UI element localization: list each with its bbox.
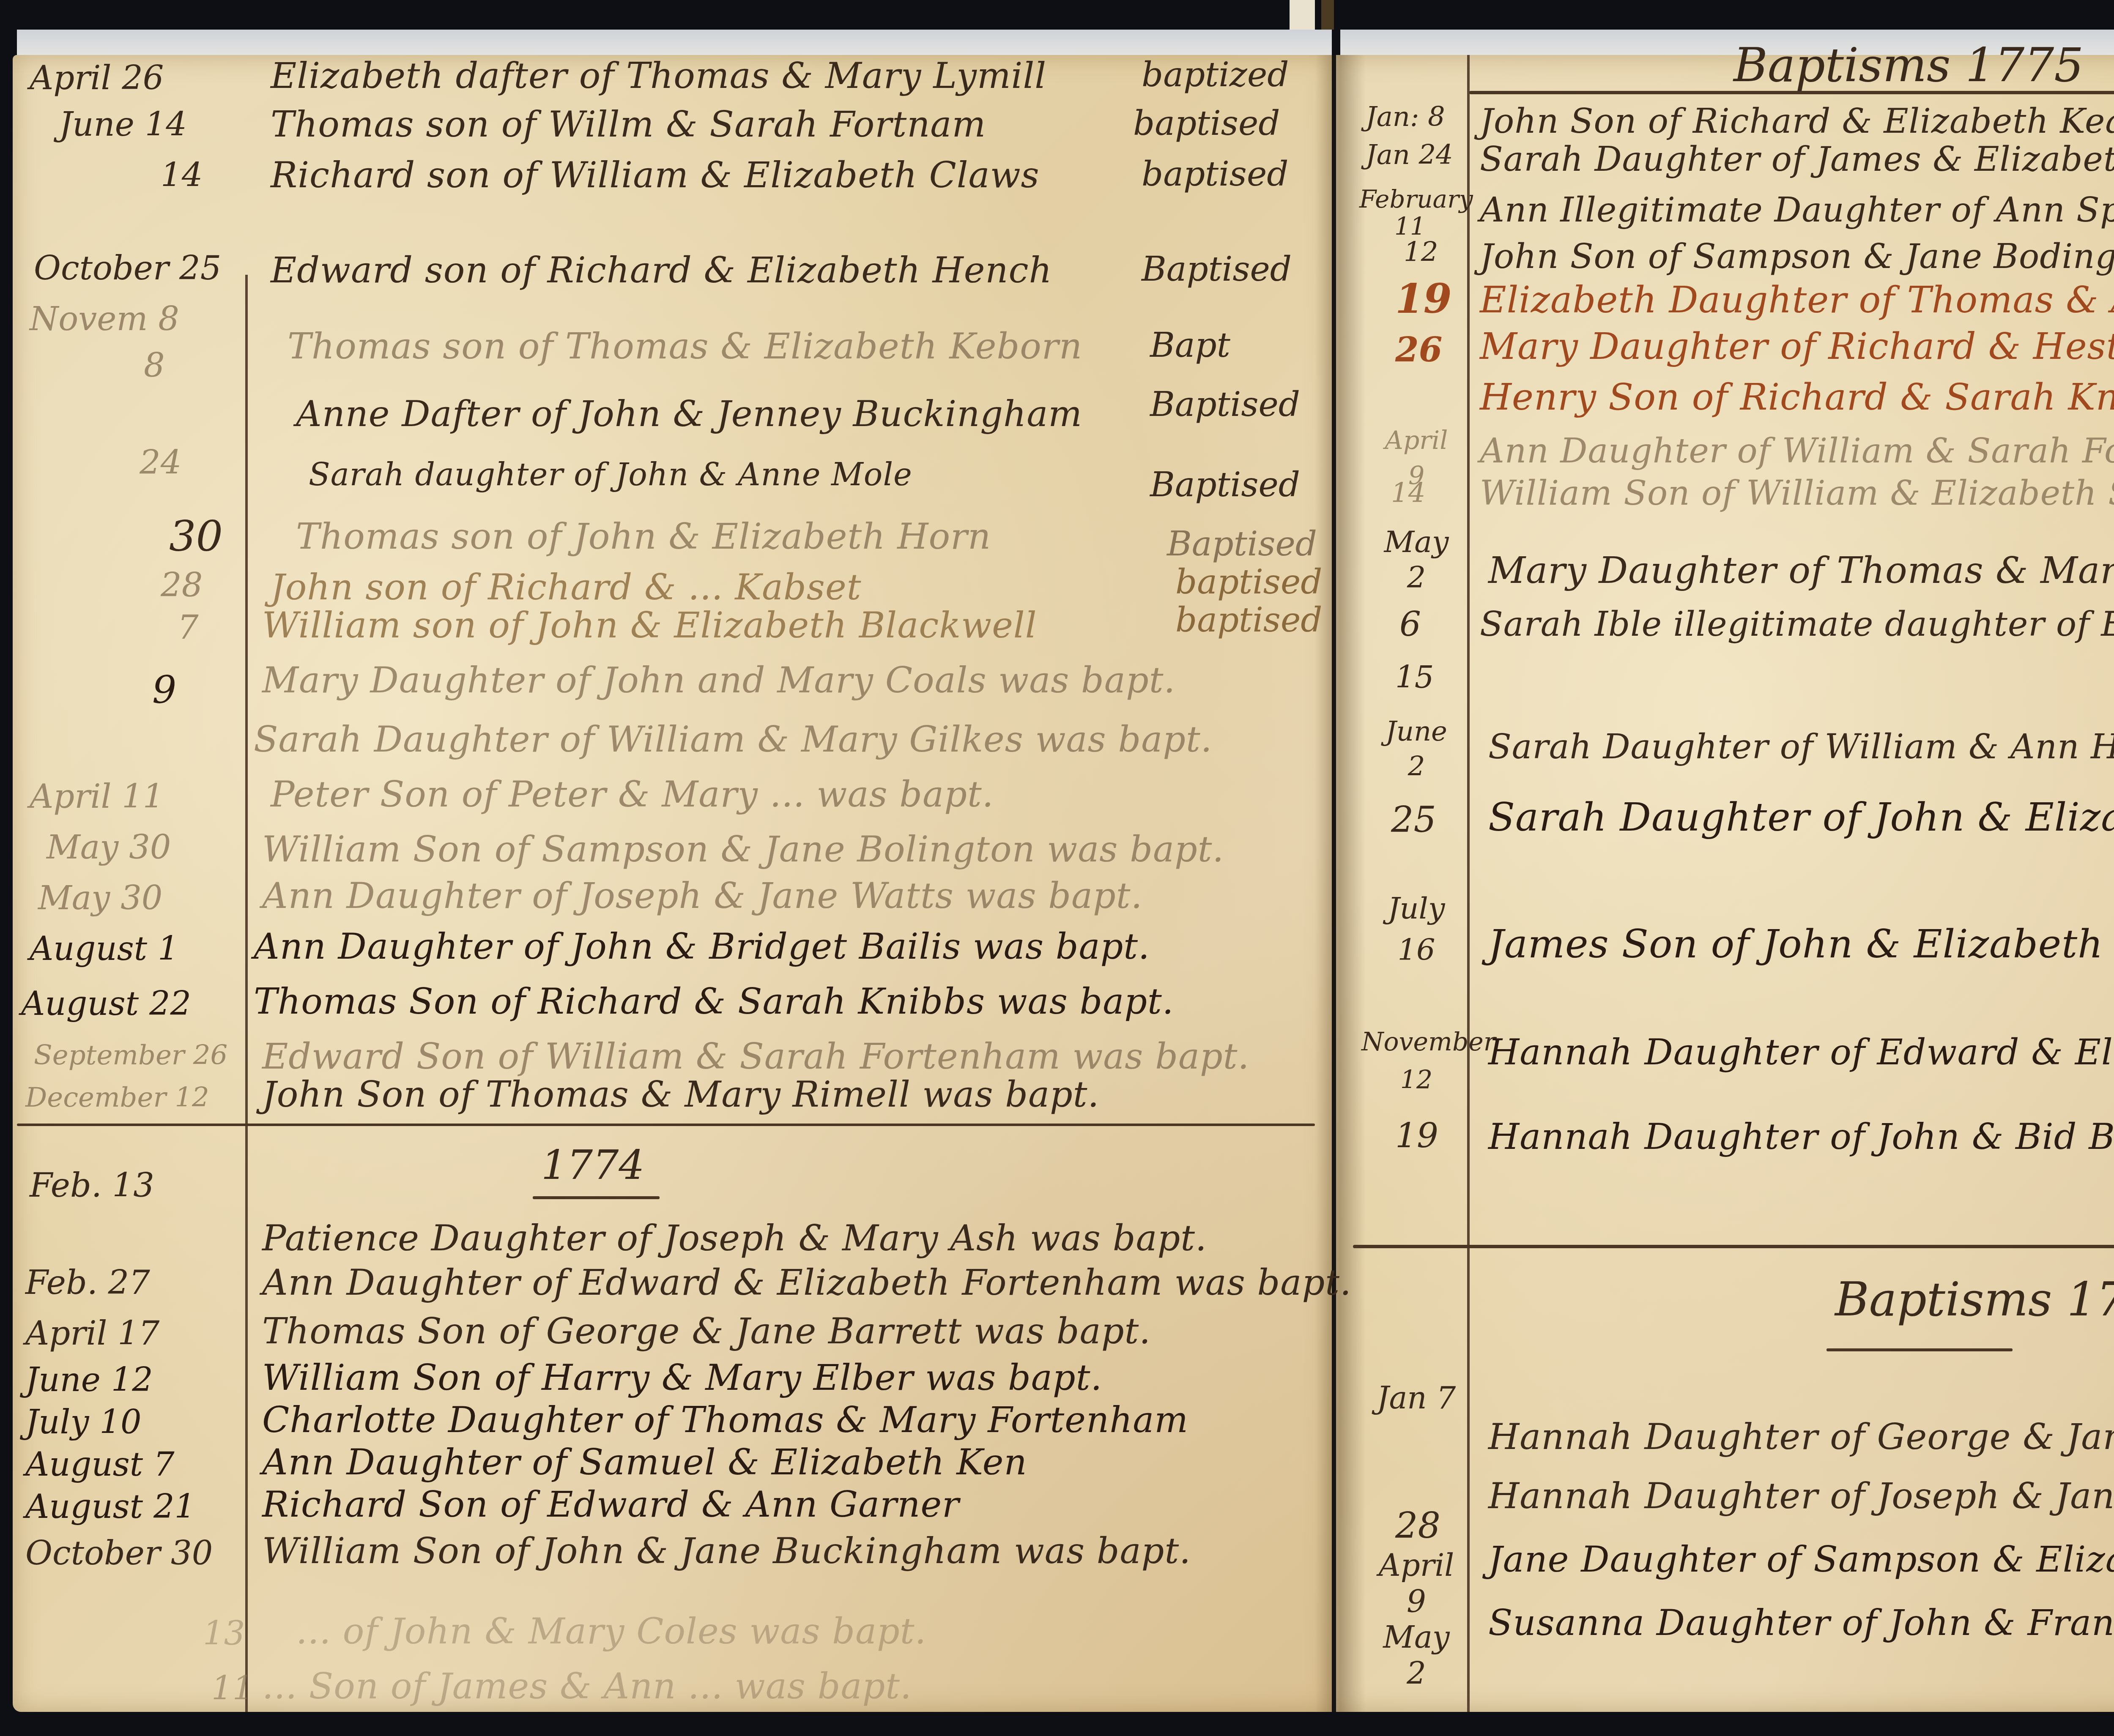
entry-date: December 12 — [25, 1082, 209, 1113]
entry-date: August 22 — [21, 985, 191, 1023]
entry-text: Elizabeth dafter of Thomas & Mary Lymill — [271, 55, 1046, 96]
heading-baptisms-1775: Baptisms 1775 — [1733, 38, 2084, 92]
heading-baptisms-1776: Baptisms 1776 — [1835, 1272, 2114, 1326]
entry-text: ... Son of James & Ann ... was bapt. — [262, 1665, 912, 1707]
entry-text: Ann Daughter of Edward & Elizabeth Forte… — [262, 1262, 1352, 1303]
entry-date: June 2 — [1374, 714, 1459, 785]
entry-date: June 14 — [59, 106, 187, 144]
right-section-divider — [1353, 1245, 2114, 1248]
entry-date: August 1 — [30, 930, 179, 968]
entry-text: Ann Daughter of John & Bridget Bailis wa… — [254, 926, 1150, 967]
entry-text: ... of John & Mary Coles was bapt. — [296, 1610, 926, 1652]
entry-text: Peter Son of Peter & Mary ... was bapt. — [271, 774, 994, 815]
entry-status: Baptised — [1167, 524, 1317, 563]
entry-text: Mary Daughter of Thomas & Mary Rimell wa… — [1488, 550, 2114, 592]
entry-date: 13 — [203, 1615, 245, 1653]
entry-date: 19 — [1395, 1116, 1438, 1155]
entry-date: 19 — [1395, 275, 1452, 323]
entry-text: Mary Daughter of Richard & Hester Basset… — [1480, 325, 2114, 368]
entry-text: Hannah Daughter of Edward & Elizabeth Fo… — [1488, 1031, 2114, 1073]
entry-date: 7 — [178, 609, 199, 647]
entry-date: August 7 — [25, 1446, 175, 1484]
entry-date: 11 — [211, 1670, 253, 1708]
entry-status: baptised — [1142, 154, 1288, 194]
entry-date: August 21 — [25, 1488, 195, 1526]
entry-date: October 30 — [25, 1534, 213, 1572]
right-date-column-rule — [1467, 55, 1470, 1712]
entry-text: Sarah Daughter of John & Elizabeth Black… — [1488, 795, 2114, 840]
entry-date: Feb. 13 — [30, 1167, 154, 1205]
entry-date: 9 — [152, 668, 176, 712]
entry-text: Mary Daughter of John and Mary Coals was… — [262, 659, 1175, 701]
entry-status: baptised — [1175, 600, 1322, 640]
entry-date: July 16 — [1374, 888, 1459, 971]
entry-text: Anne Dafter of John & Jenney Buckingham — [296, 393, 1082, 435]
left-date-column-rule — [245, 275, 248, 1712]
entry-status: baptised — [1133, 104, 1280, 143]
entry-date: Novem 8 — [30, 300, 179, 338]
left-section-divider — [17, 1124, 1315, 1126]
entry-status: Baptised — [1150, 465, 1300, 504]
entry-text: Sarah Daughter of James & Elizabeth Thom… — [1480, 139, 2114, 179]
entry-text: Ann Daughter of Samuel & Elizabeth Ken — [262, 1441, 1027, 1483]
entry-text: William Son of John & Jane Buckingham wa… — [262, 1530, 1191, 1572]
entry-date: May 30 — [38, 879, 162, 917]
entry-text: Ann Daughter of Joseph & Jane Watts was … — [262, 875, 1142, 916]
gutter — [1315, 55, 1366, 1712]
entry-text: Ann Illegitimate Daughter of Ann Spicer … — [1480, 190, 2114, 230]
entry-date: May 2 — [1374, 524, 1459, 595]
entry-status: Baptised — [1142, 249, 1292, 289]
entry-text: John Son of Thomas & Mary Rimell was bap… — [262, 1074, 1099, 1115]
entry-text: Hannah Daughter of John & Bid Bailis was… — [1488, 1116, 2114, 1157]
entry-date: 6 — [1399, 604, 1421, 644]
entry-date: 15 — [1395, 659, 1434, 695]
entry-date: 12 — [1404, 237, 1438, 268]
entry-date: 28 — [1395, 1505, 1440, 1546]
entry-status: Baptised — [1150, 385, 1300, 424]
entry-date: Jan 7 — [1374, 1374, 1459, 1422]
entry-date: October 25 — [34, 249, 221, 287]
entry-date: September 26 — [34, 1040, 227, 1071]
entry-date: April 17 — [25, 1315, 159, 1353]
entry-text: Thomas son of John & Elizabeth Horn — [296, 516, 991, 557]
entry-text: John Son of Richard & Elizabeth Keatch w… — [1480, 101, 2114, 141]
entry-text: John son of Richard & ... Kabset — [271, 566, 861, 608]
entry-text: Henry Son of Richard & Sarah Knibbs was … — [1480, 376, 2114, 418]
entry-date: May 30 — [47, 828, 171, 867]
entry-text: Sarah Ible illegitimate daughter of Eliz… — [1480, 604, 2114, 644]
entry-text: Thomas Son of Richard & Sarah Knibbs was… — [254, 981, 1174, 1022]
heading-underline — [1826, 1348, 2013, 1351]
entry-date: April 11 — [30, 778, 164, 816]
entry-text: William son of John & Elizabeth Blackwel… — [262, 604, 1037, 646]
entry-date: Jan: 8 — [1366, 101, 1445, 133]
entry-date: April 9 — [1374, 1547, 1459, 1620]
entry-text: William Son of Sampson & Jane Bolington … — [262, 828, 1224, 870]
entry-date: 25 — [1391, 799, 1436, 840]
entry-text: Sarah Daughter of William & Ann Haynes w… — [1488, 727, 2114, 766]
entry-date: February 11 — [1359, 186, 1461, 240]
entry-date: 14 — [161, 156, 203, 194]
entry-text: William Son of Harry & Mary Elber was ba… — [262, 1357, 1102, 1398]
entry-text: Richard Son of Edward & Ann Garner — [262, 1484, 959, 1525]
entry-date: 26 — [1395, 330, 1442, 369]
entry-text: William Son of William & Elizabeth Smith… — [1480, 473, 2114, 513]
entry-text: Sarah daughter of John & Anne Mole — [309, 457, 912, 493]
entry-status: baptised — [1175, 562, 1322, 601]
entry-text: Edward son of Richard & Elizabeth Hench — [271, 249, 1052, 291]
entry-text: John Son of Sampson & Jane Bodington — [1480, 237, 2114, 276]
entry-text: Patience Daughter of Joseph & Mary Ash w… — [262, 1217, 1207, 1259]
entry-text: Sarah Daughter of William & Mary Gilkes … — [254, 719, 1213, 760]
entry-date: Feb. 27 — [25, 1264, 150, 1302]
entry-date: April 26 — [30, 59, 164, 97]
entry-text: James Son of John & Elizabeth Horn was b… — [1488, 921, 2114, 967]
entry-text: Richard son of William & Elizabeth Claws — [271, 154, 1040, 196]
entry-text: Thomas son of Thomas & Elizabeth Keborn — [288, 325, 1082, 367]
entry-text: Elizabeth Daughter of Thomas & Ann Boddi… — [1480, 279, 2114, 321]
entry-text: Susanna Daughter of John & Frances Hemmi… — [1488, 1602, 2114, 1643]
entry-date: November 12 — [1361, 1023, 1471, 1099]
entry-date: June 12 — [25, 1361, 153, 1399]
binding-cord — [1321, 0, 1334, 30]
entry-date: 14 — [1391, 478, 1425, 509]
entry-date: May 2 — [1374, 1619, 1459, 1692]
entry-text: Thomas Son of George & Jane Barrett was … — [262, 1310, 1151, 1352]
entry-date: 28 — [161, 566, 203, 604]
entry-date: Jan 24 — [1366, 139, 1453, 171]
entry-status: baptized — [1142, 55, 1289, 94]
entry-date: 30 — [169, 511, 223, 561]
entry-date: July 10 — [25, 1403, 142, 1441]
entry-date: 24 — [140, 444, 181, 482]
entry-date: 8 — [144, 347, 165, 385]
entry-text: Hannah Daughter of Joseph & Jane Watts w… — [1488, 1475, 2114, 1517]
entry-text: Jane Daughter of Sampson & Elizabeth Ken… — [1488, 1539, 2114, 1580]
year-underline — [533, 1196, 660, 1199]
year-heading: 1774 — [541, 1141, 644, 1189]
entry-text: Ann Daughter of William & Sarah Fortenha… — [1480, 431, 2114, 470]
binding-strip — [1290, 0, 1315, 30]
entry-text: Hannah Daughter of George & Jane Barrett… — [1488, 1416, 2114, 1457]
entry-status: Bapt — [1150, 325, 1230, 365]
entry-text: Charlotte Daughter of Thomas & Mary Fort… — [262, 1399, 1188, 1441]
entry-text: Thomas son of Willm & Sarah Fortnam — [271, 104, 986, 145]
entry-text: Edward Son of William & Sarah Fortenham … — [262, 1036, 1249, 1077]
